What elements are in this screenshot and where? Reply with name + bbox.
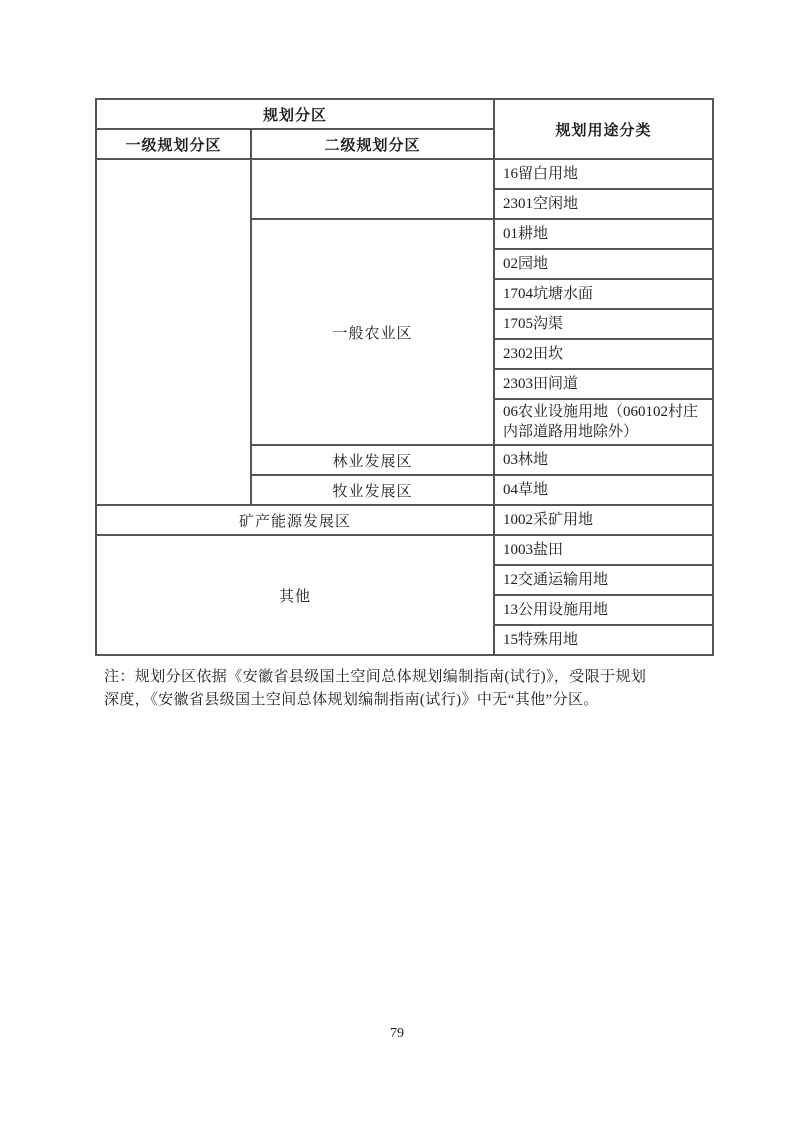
use-cell-transportation-land: 12交通运输用地 <box>494 565 713 595</box>
page-number: 79 <box>0 1026 794 1042</box>
use-cell-ditch: 1705沟渠 <box>494 309 713 339</box>
use-cell-garden-land: 02园地 <box>494 249 713 279</box>
level2-zone-forestry-development: 林业发展区 <box>251 445 494 475</box>
planning-zone-table: 规划分区 规划用途分类 一级规划分区 二级规划分区 16留白用地 2301空闲地… <box>95 98 714 656</box>
use-cell-cultivated-land: 01耕地 <box>494 219 713 249</box>
zone-other: 其他 <box>96 535 494 655</box>
document-page: 规划分区 规划用途分类 一级规划分区 二级规划分区 16留白用地 2301空闲地… <box>0 0 794 1122</box>
footnote: 注：规划分区依据《安徽省县级国土空间总体规划编制指南(试行)》，受限于规划 深度… <box>104 666 696 712</box>
use-cell-field-road: 2303田间道 <box>494 369 713 399</box>
use-cell-public-utility-land: 13公用设施用地 <box>494 595 713 625</box>
use-cell-special-land: 15特殊用地 <box>494 625 713 655</box>
use-cell-agricultural-facility: 06农业设施用地（060102村庄内部道路用地除外） <box>494 399 713 445</box>
use-cell-vacant-land: 2301空闲地 <box>494 189 713 219</box>
use-cell-field-ridge: 2302田坎 <box>494 339 713 369</box>
header-use-classification: 规划用途分类 <box>494 99 713 159</box>
use-cell-reserved-land: 16留白用地 <box>494 159 713 189</box>
use-cell-forest-land: 03林地 <box>494 445 713 475</box>
level2-zone-general-agriculture: 一般农业区 <box>251 219 494 445</box>
zone-mineral-energy-development: 矿产能源发展区 <box>96 505 494 535</box>
footnote-line-1: 注：规划分区依据《安徽省县级国土空间总体规划编制指南(试行)》，受限于规划 <box>104 666 696 689</box>
use-cell-grassland: 04草地 <box>494 475 713 505</box>
header-level1-zone: 一级规划分区 <box>96 129 251 159</box>
use-cell-mining-land: 1002采矿用地 <box>494 505 713 535</box>
use-cell-pond-water: 1704坑塘水面 <box>494 279 713 309</box>
header-level2-zone: 二级规划分区 <box>251 129 494 159</box>
footnote-line-2: 深度，《安徽省县级国土空间总体规划编制指南(试行)》中无“其他”分区。 <box>104 689 696 712</box>
level1-zone-empty-cell <box>96 159 251 505</box>
level2-zone-empty-cell <box>251 159 494 219</box>
level2-zone-husbandry-development: 牧业发展区 <box>251 475 494 505</box>
use-cell-salt-field: 1003盐田 <box>494 535 713 565</box>
header-planning-zone-group: 规划分区 <box>96 99 494 129</box>
